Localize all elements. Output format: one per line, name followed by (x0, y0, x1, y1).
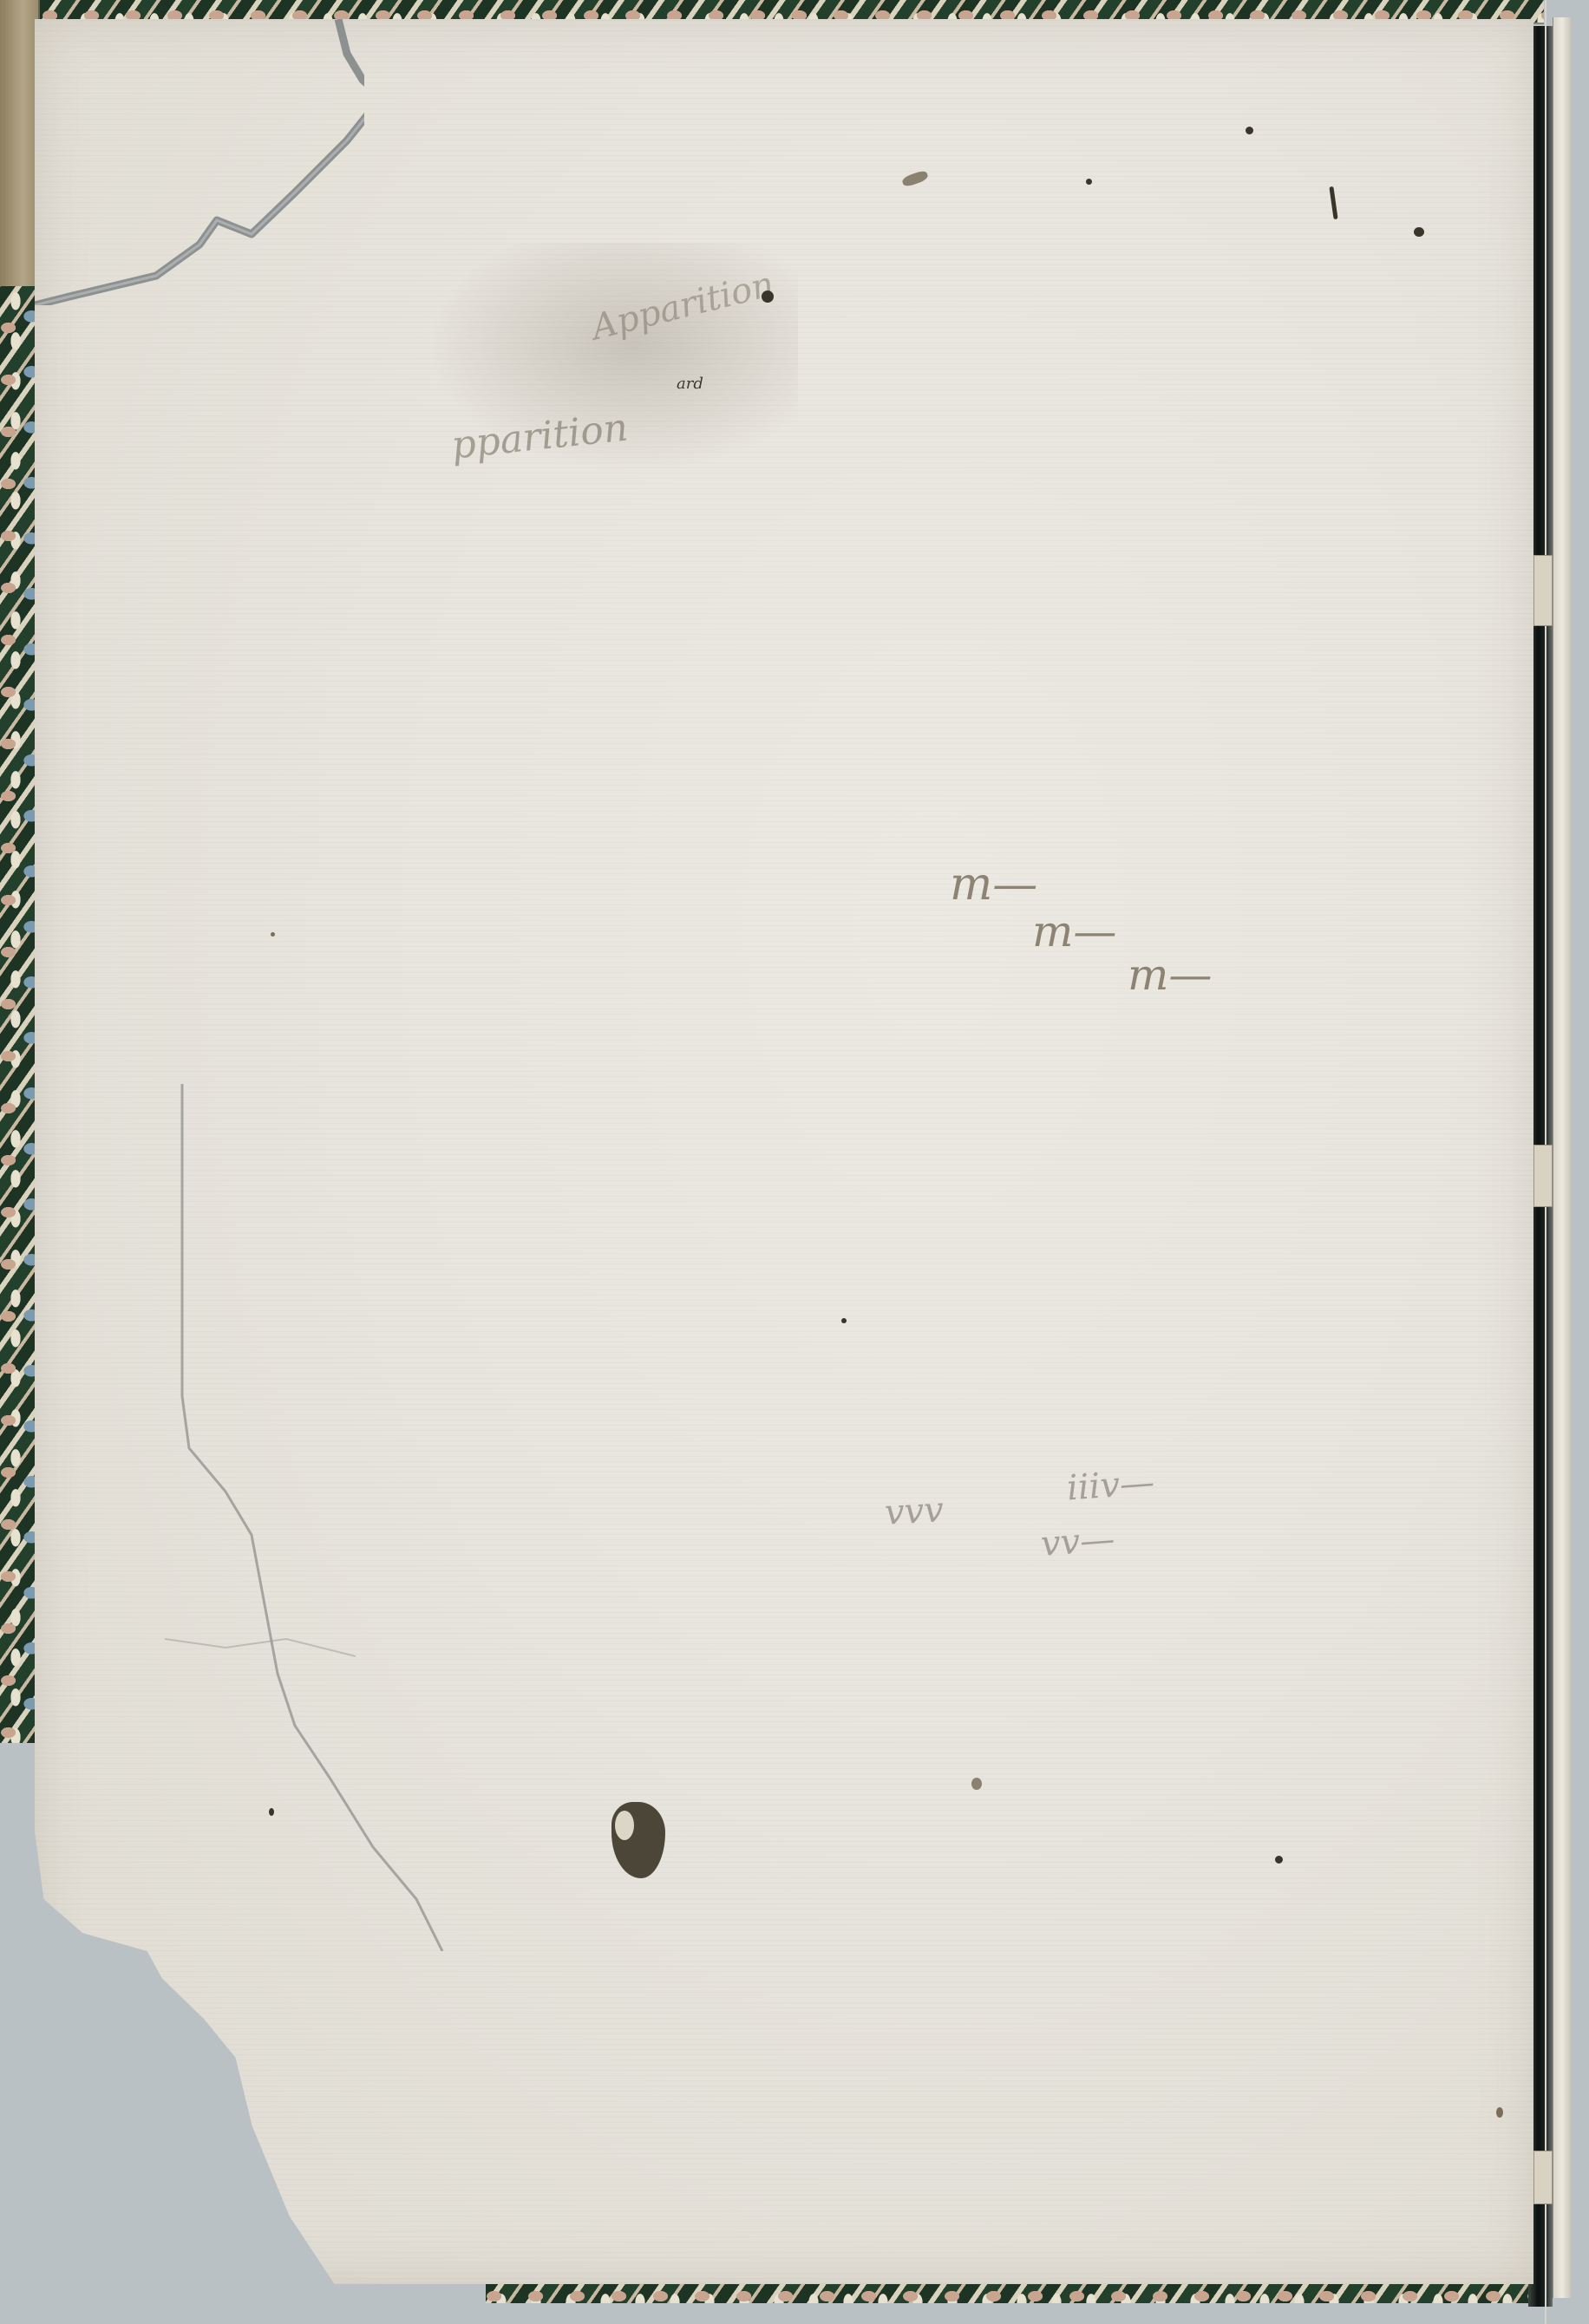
speck (269, 1808, 274, 1816)
scan-stage: Apparition pparition ard m— m— m— vvv ii… (0, 0, 1589, 2324)
binding-tab (1533, 2151, 1553, 2204)
speck (1086, 179, 1092, 185)
speck (1246, 127, 1253, 134)
speck (1275, 1856, 1283, 1864)
faint-line-1: vvv (884, 1490, 945, 1532)
binding-tab (1533, 555, 1553, 626)
faint-line-2: iiiv— (1066, 1463, 1156, 1509)
pen-trial-1: m— (950, 858, 1037, 911)
speck (971, 1778, 982, 1790)
speck (1496, 2107, 1503, 2118)
binding-tab (1533, 1145, 1553, 1207)
endleaf-edge (1553, 17, 1571, 2298)
speck (1414, 227, 1424, 237)
faint-line-3: vv— (1039, 1519, 1115, 1564)
speck (762, 290, 774, 303)
pen-trial-3: m— (1128, 950, 1212, 1000)
leather-corner (0, 0, 40, 286)
speck (841, 1318, 847, 1323)
speck (271, 932, 275, 937)
pen-trial-2: m— (1032, 906, 1116, 956)
small-note: ard (677, 375, 703, 393)
